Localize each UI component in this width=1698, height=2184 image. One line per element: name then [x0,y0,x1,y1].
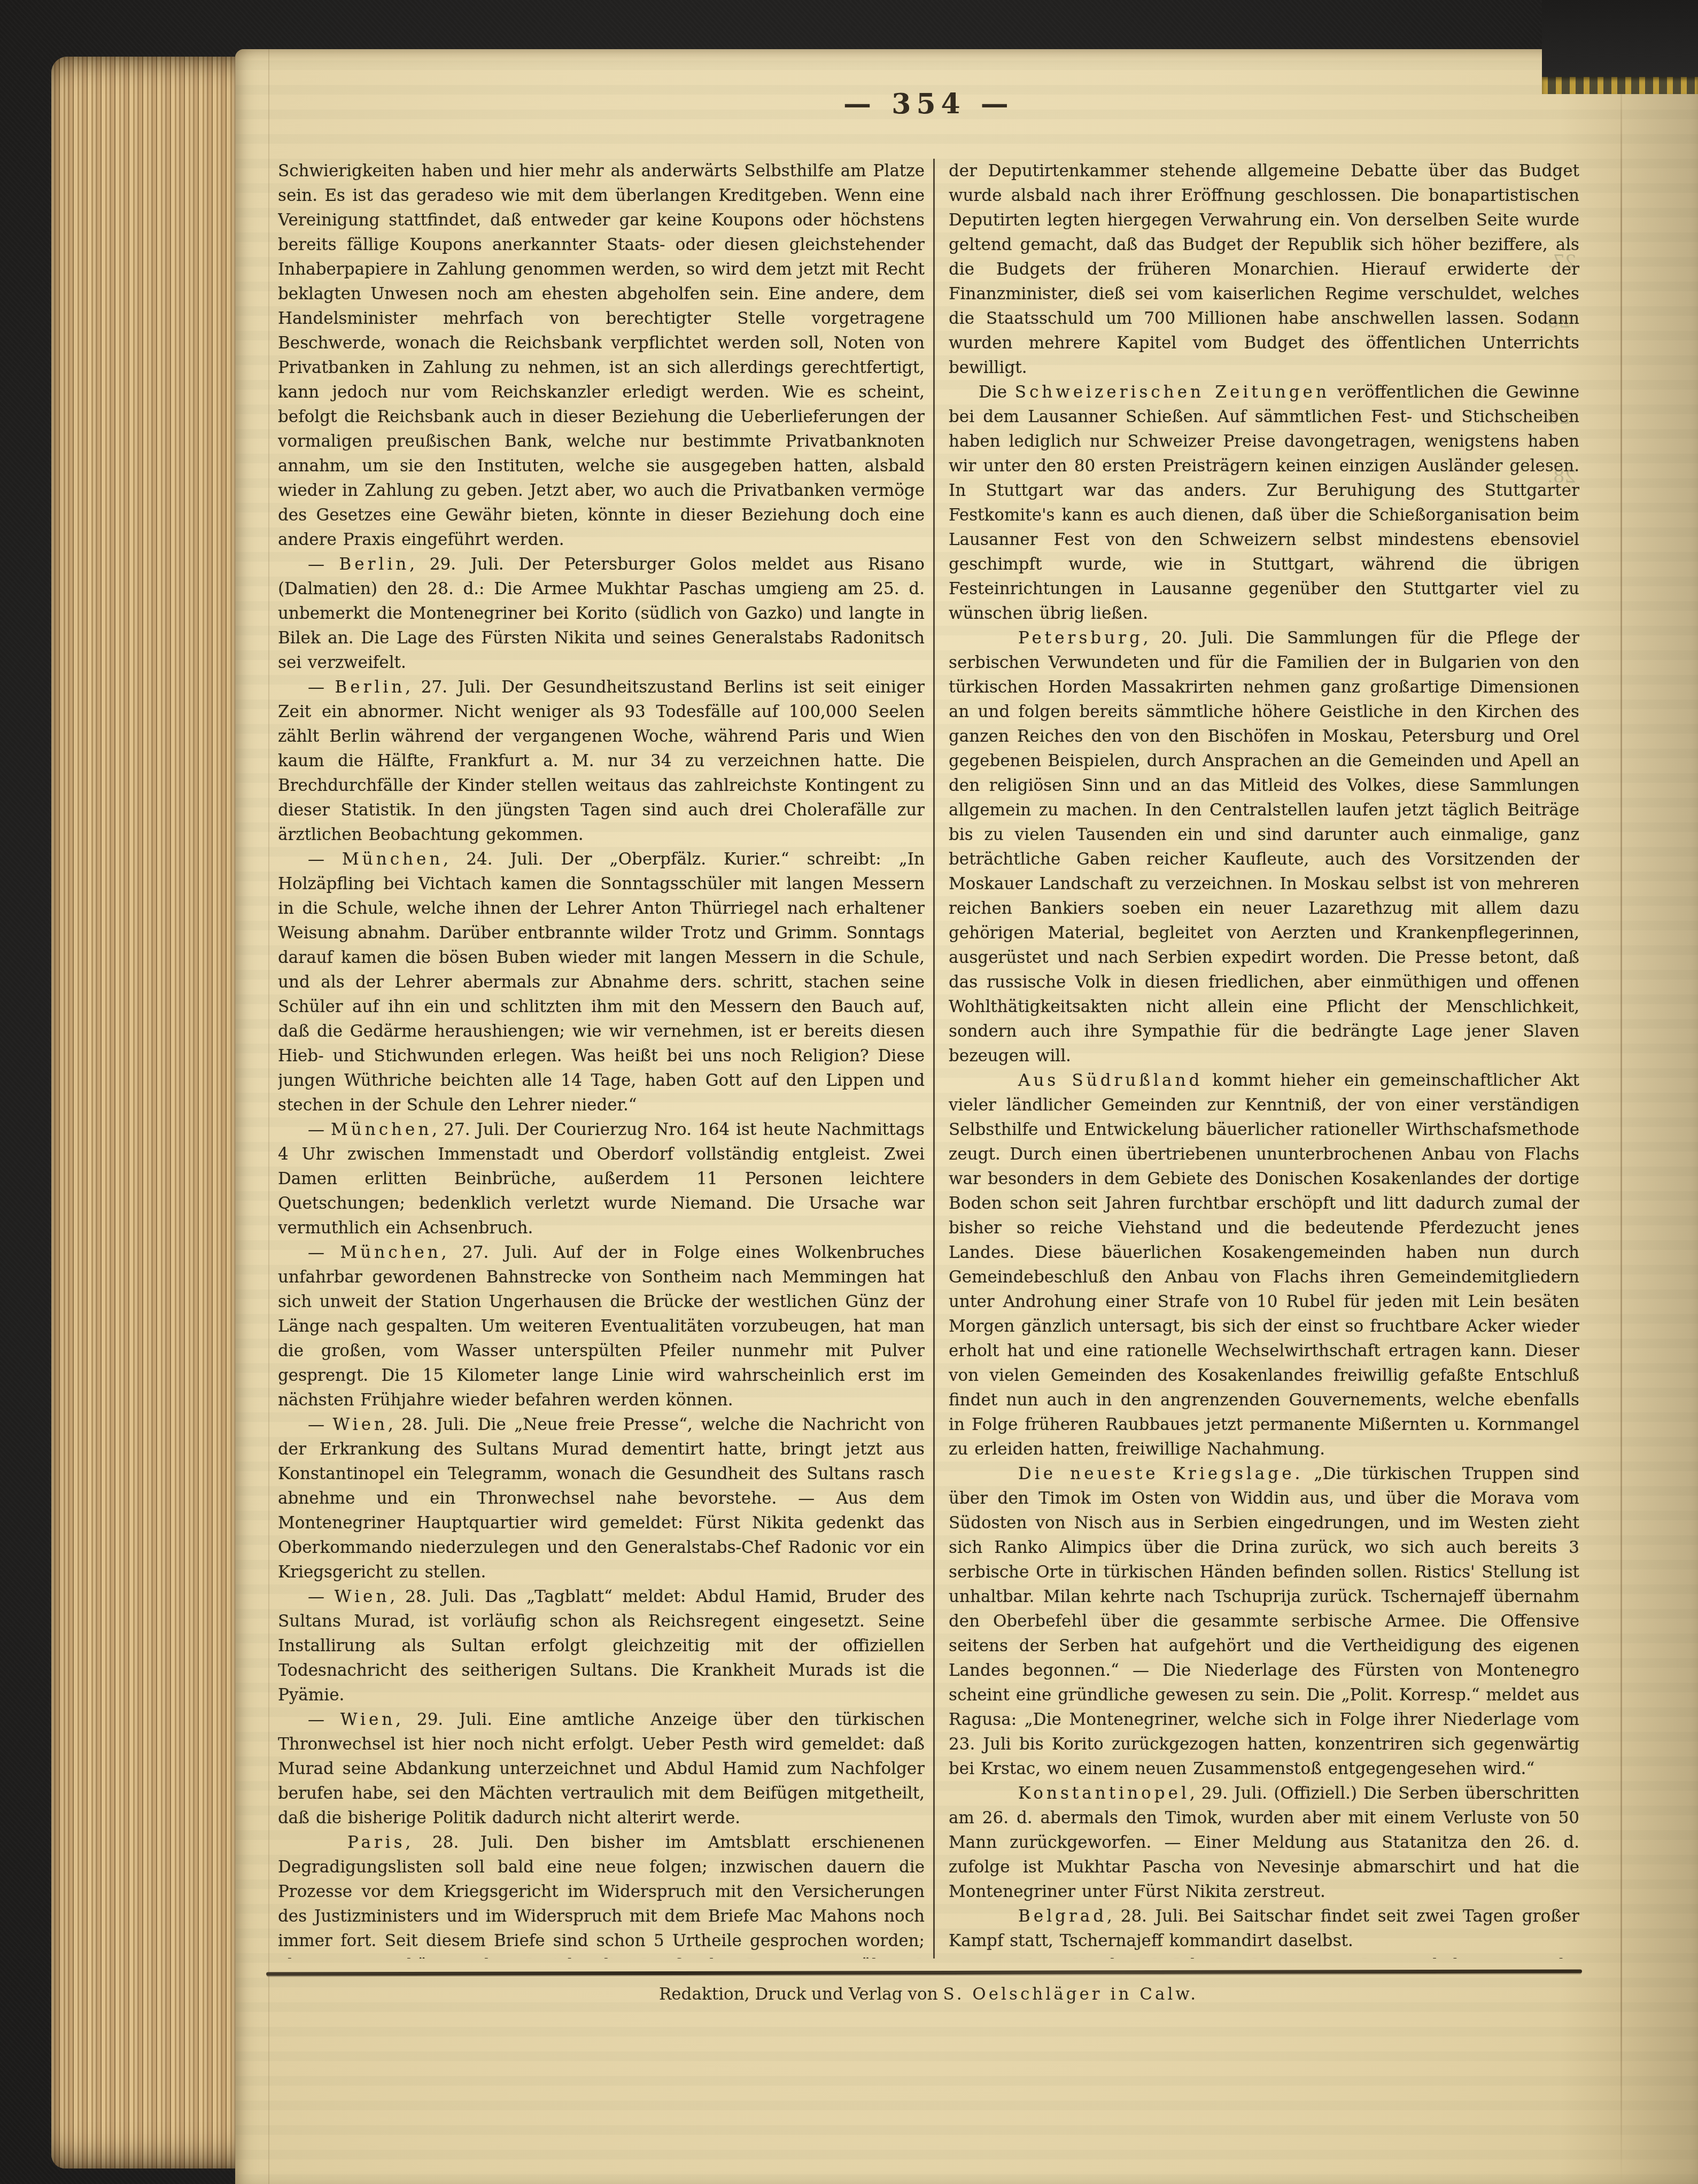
dateline: München [342,850,443,869]
dateline: Petersburg [1018,628,1143,648]
news-paragraph: Die neueste Kriegslage. „Die türkischen … [949,1462,1579,1781]
news-paragraph: Belgrad, 28. Juli. Bei Saitschar findet … [949,1904,1579,1953]
bleedthrough-number: 27. [1547,251,1576,273]
dateline: München [340,1243,441,1262]
dateline: Wien [340,1710,396,1729]
paragraph-lead: — [308,678,335,697]
dateline: Konstantinopel [1018,1784,1190,1803]
paragraph-text: , 24. Juli. Der „Oberpfälz. Kurier.“ sch… [278,850,925,1115]
news-paragraph: — Wien, 29. Juli. Eine amtliche Anzeige … [278,1707,925,1830]
news-paragraph: — Wien, 28. Juli. Die „Neue freie Presse… [278,1412,925,1584]
book-headband [1542,77,1698,94]
paragraph-lead: — [308,1710,340,1729]
news-paragraph: — Wien, 28. Juli. Das „Tagblatt“ meldet:… [278,1584,925,1707]
dateline: München [331,1120,432,1139]
paragraph-text: „Die türkischen Truppen sind über den Ti… [949,1464,1579,1778]
dateline: New-York [1018,1956,1123,1958]
bleedthrough-number: 28 [1547,407,1570,429]
dateline: Berlin [335,678,406,697]
newspaper-page: — 354 — Schwierigkeiten haben und hier m… [235,49,1698,2184]
dateline: Die neueste Kriegslage. [1018,1464,1303,1483]
dateline: Berlin [339,555,410,574]
book-cover-corner [1542,0,1698,94]
page-crease-left [268,49,269,2184]
spine-crease [1621,49,1622,2184]
imprint-prefix: Redaktion, Druck und Verlag von [659,1985,943,2004]
news-paragraph: — München, 27. Juli. Auf der in Folge ei… [278,1240,925,1412]
paragraph-lead: — [308,1243,340,1262]
right-column: der Deputirtenkammer stehende allgemeine… [949,159,1579,1958]
paragraph-text: Schwierigkeiten haben und hier mehr als … [278,161,925,549]
news-paragraph: Paris, 28. Juli. Den bisher im Amtsblatt… [278,1830,925,1958]
page-number: — 354 — [278,88,1579,120]
imprint-line: Redaktion, Druck und Verlag von S. Oelsc… [278,1985,1579,2004]
paragraph-lead: — [308,1415,332,1434]
paragraph-text: , 27. Juli. Der Gesundheitszustand Berli… [278,678,925,844]
dateline: Wien [335,1587,390,1606]
dateline: Aus Südrußland [1018,1071,1203,1090]
news-paragraph: — München, 24. Juli. Der „Oberpfälz. Kur… [278,847,925,1117]
news-paragraph: — München, 27. Juli. Der Courierzug Nro.… [278,1117,925,1240]
news-paragraph: Die Schweizerischen Zeitungen veröffentl… [949,380,1579,626]
bleedthrough-number: 28 [1547,311,1570,332]
paragraph-lead: Die [979,383,1015,402]
paragraph-text: der Deputirtenkammer stehende allgemeine… [949,161,1579,377]
news-paragraph: der Deputirtenkammer stehende allgemeine… [949,159,1579,380]
page-edge-stack [51,57,246,2169]
column-divider-rule [933,159,935,1958]
footer-rule [266,1969,1582,1976]
dateline: Belgrad [1018,1907,1107,1926]
news-paragraph: Konstantinopel, 29. Juli. (Offiziell.) D… [949,1781,1579,1904]
book-photo: — 354 — Schwierigkeiten haben und hier m… [0,0,1698,2184]
paragraph-lead: — [308,1120,331,1139]
news-paragraph: New-York, 26. Juli. Die Vereinigten Staa… [949,1953,1579,1958]
bleedthrough-number: 28. [1547,466,1576,487]
news-paragraph: Schwierigkeiten haben und hier mehr als … [278,159,925,552]
news-paragraph: — Berlin, 29. Juli. Der Petersburger Gol… [278,552,925,675]
dateline: Wien [332,1415,388,1434]
paragraph-lead: — [308,555,339,574]
paragraph-text: , 27. Juli. Auf der in Folge eines Wolke… [278,1243,925,1410]
paragraph-lead: — [308,850,342,869]
paragraph-lead: — [308,1587,335,1606]
dateline: Paris [347,1833,406,1852]
paragraph-text: veröffentlichen die Gewinne bei dem Laus… [949,383,1579,623]
paragraph-text: , 28. Juli. Die „Neue freie Presse“, wel… [278,1415,925,1582]
paragraph-text: kommt hieher ein gemeinschaftlicher Akt … [949,1071,1579,1459]
left-column: Schwierigkeiten haben und hier mehr als … [278,159,925,1958]
dateline: Schweizerischen Zeitungen [1015,383,1330,402]
paragraph-text: , 20. Juli. Die Sammlungen für die Pfleg… [949,628,1579,1066]
news-paragraph: Petersburg, 20. Juli. Die Sammlungen für… [949,626,1579,1068]
imprint-publisher: S. Oelschläger in Calw. [943,1985,1199,2004]
news-paragraph: — Berlin, 27. Juli. Der Gesundheitszusta… [278,675,925,847]
news-paragraph: Aus Südrußland kommt hieher ein gemeinsc… [949,1068,1579,1462]
